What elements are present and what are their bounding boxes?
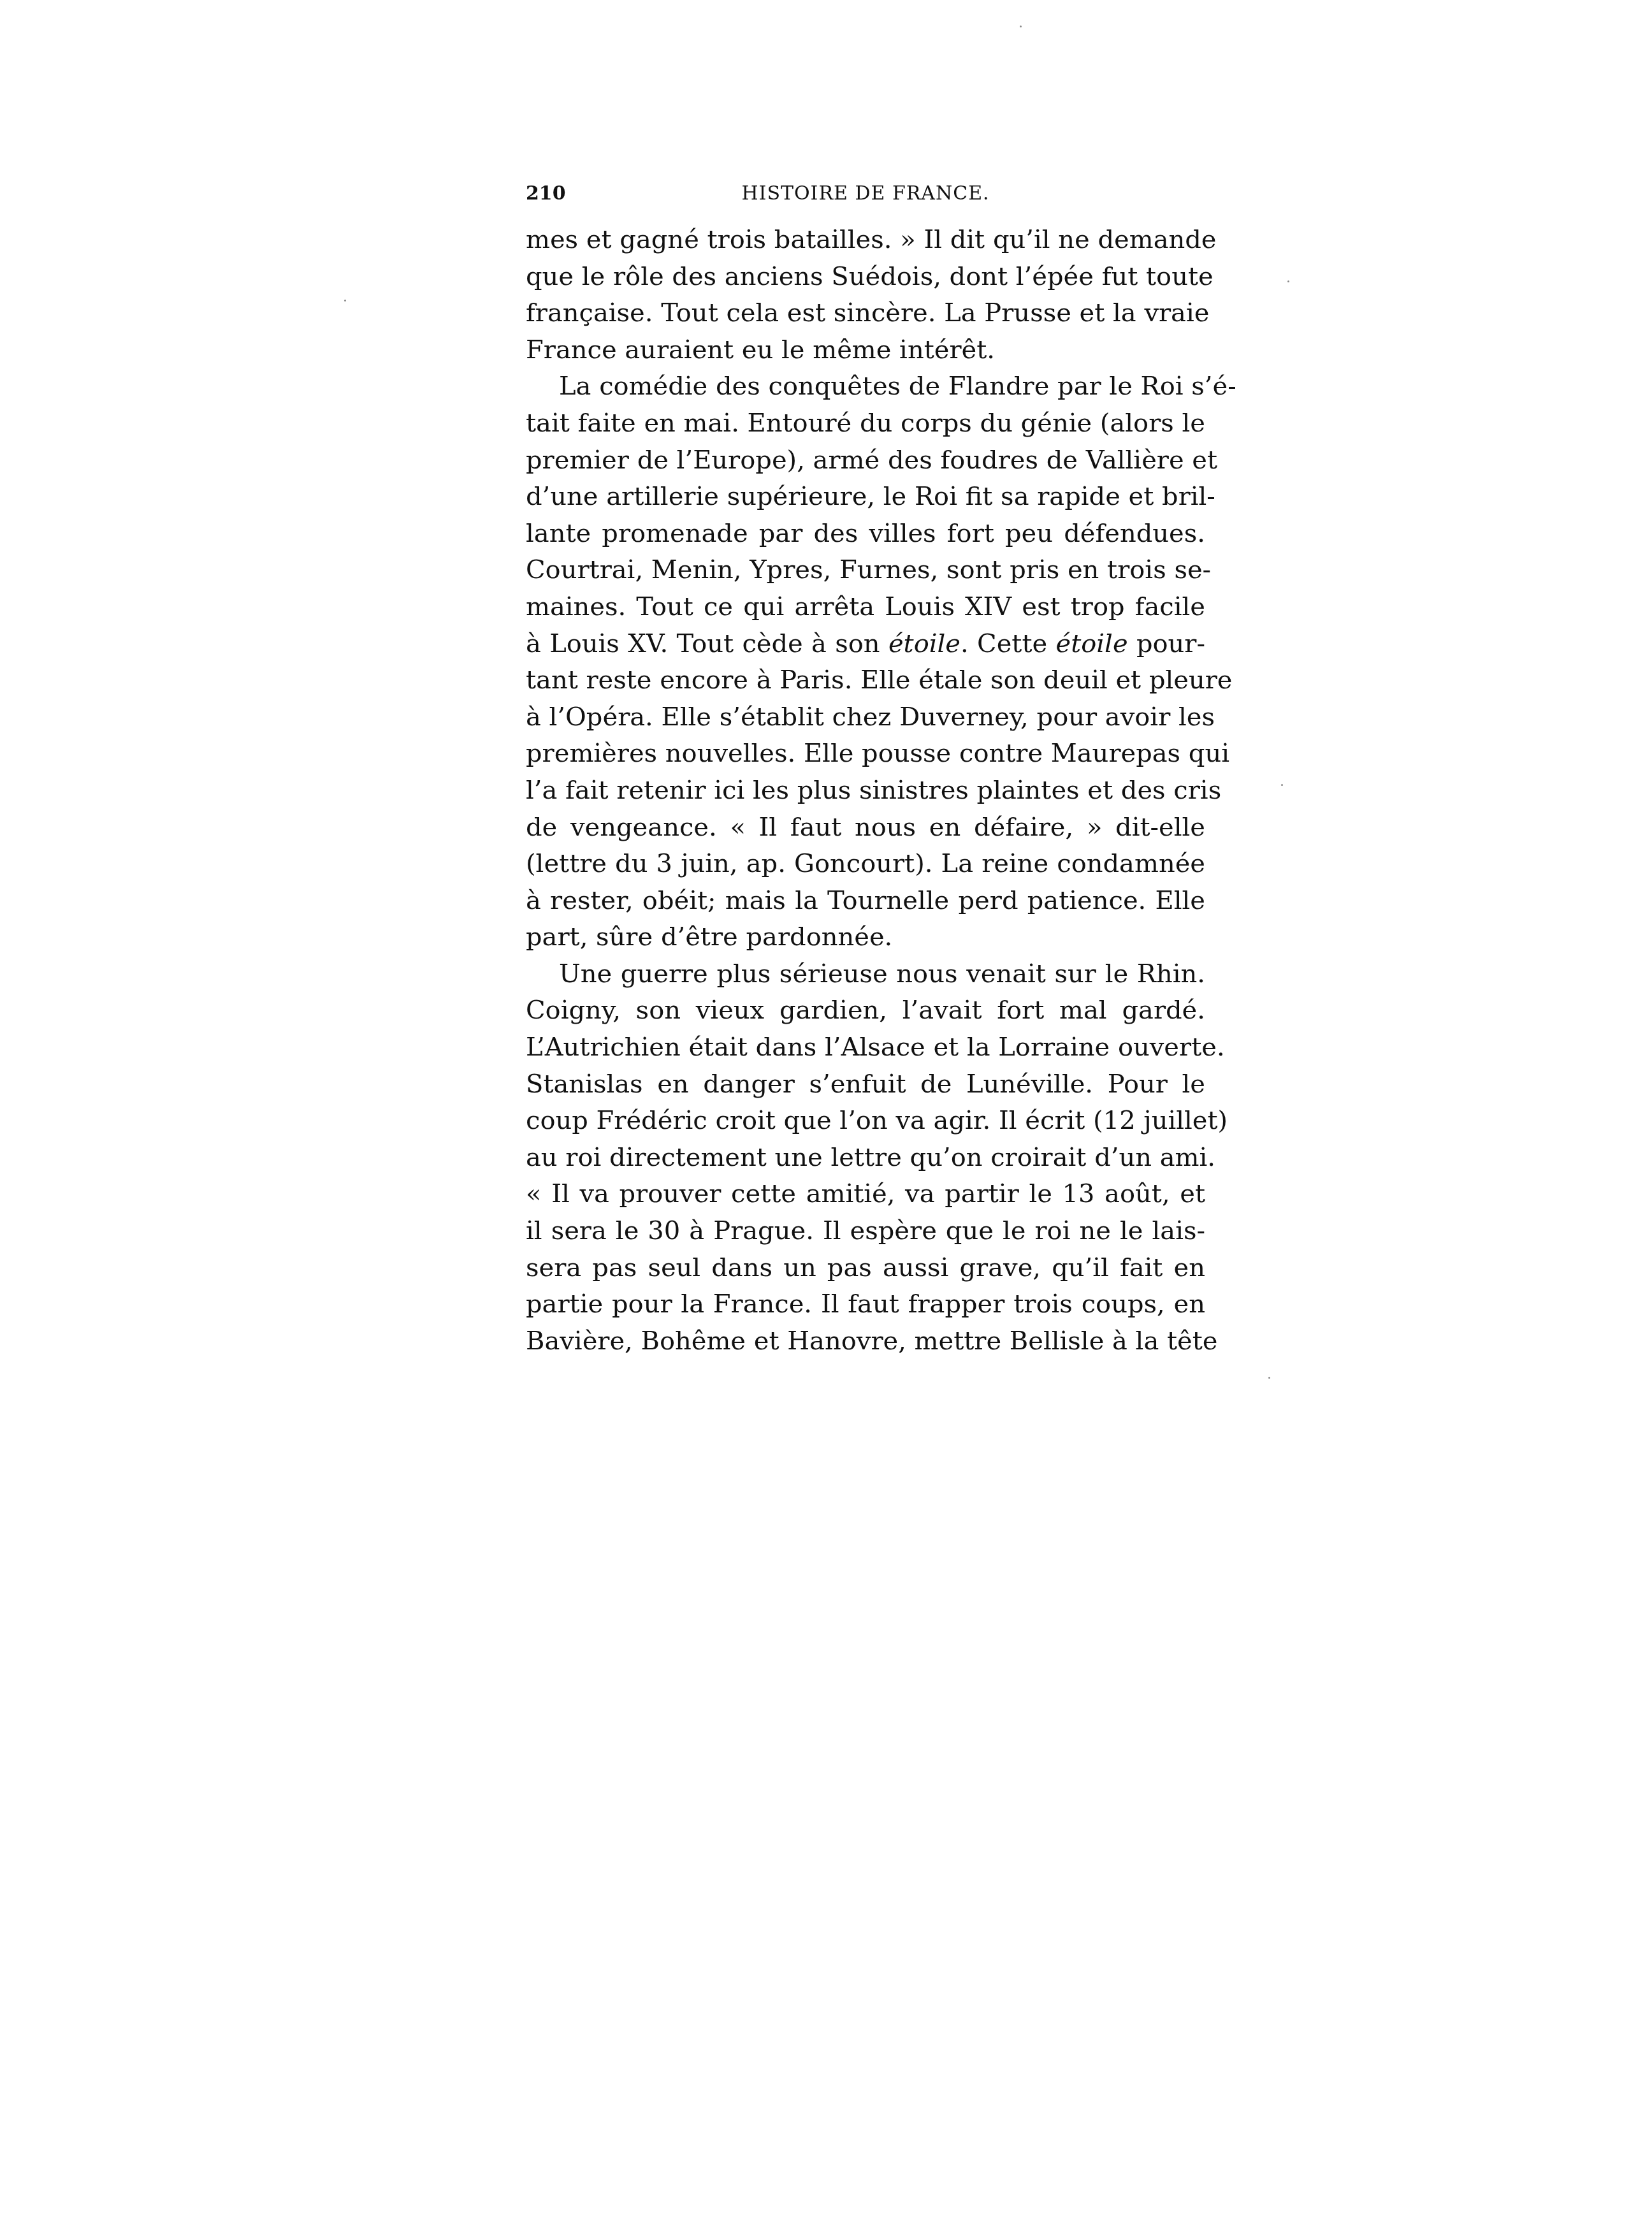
text-line: à l’Opéra. Elle s’établit chez Duverney,… — [526, 699, 1205, 736]
text-line: il sera le 30 à Prague. Il espère que le… — [526, 1213, 1205, 1250]
text-line: premières nouvelles. Elle pousse contre … — [526, 736, 1205, 773]
text-line: part, sûre d’être pardonnée. — [526, 919, 1205, 956]
text-line: à Louis XV. Tout cède à son étoile. Cett… — [526, 626, 1205, 663]
text-line: au roi directement une lettre qu’on croi… — [526, 1140, 1205, 1177]
text-line: lante promenade par des villes fort peu … — [526, 516, 1205, 553]
text-line: tant reste encore à Paris. Elle étale so… — [526, 662, 1205, 699]
text-line: tait faite en mai. Entouré du corps du g… — [526, 405, 1205, 442]
body-text: mes et gagné trois batailles. » Il dit q… — [526, 222, 1205, 1360]
book-page: 210 HISTOIRE DE FRANCE. mes et gagné tro… — [526, 177, 1205, 1360]
text-line: La comédie des conquêtes de Flandre par … — [526, 368, 1205, 405]
text-line: coup Frédéric croit que l’on va agir. Il… — [526, 1103, 1205, 1140]
text-line: (lettre du 3 juin, ap. Goncourt). La rei… — [526, 846, 1205, 883]
text-run: pour- — [1128, 629, 1205, 658]
text-run: . Cette — [960, 629, 1055, 658]
text-line: Coigny, son vieux gardien, l’avait fort … — [526, 992, 1205, 1029]
text-line: Bavière, Bohême et Hanovre, mettre Belli… — [526, 1323, 1205, 1360]
text-line: mes et gagné trois batailles. » Il dit q… — [526, 222, 1205, 259]
running-title: HISTOIRE DE FRANCE. — [526, 177, 1205, 210]
text-line: que le rôle des anciens Suédois, dont l’… — [526, 259, 1205, 296]
text-line: de vengeance. « Il faut nous en défaire,… — [526, 809, 1205, 846]
text-line: L’Autrichien était dans l’Alsace et la L… — [526, 1029, 1205, 1066]
scan-speck — [344, 300, 346, 301]
italic-word: étoile — [1055, 629, 1127, 658]
running-head: 210 HISTOIRE DE FRANCE. — [526, 177, 1205, 210]
text-line: française. Tout cela est sincère. La Pru… — [526, 295, 1205, 332]
scan-speck — [1020, 25, 1022, 27]
text-line: France auraient eu le même intérêt. — [526, 332, 1205, 369]
scan-speck — [1287, 280, 1289, 282]
text-line: l’a fait retenir ici les plus sinistres … — [526, 773, 1205, 809]
text-line: Courtrai, Menin, Ypres, Furnes, sont pri… — [526, 552, 1205, 589]
text-line: d’une artillerie supérieure, le Roi fit … — [526, 479, 1205, 516]
text-line: Une guerre plus sérieuse nous venait sur… — [526, 956, 1205, 993]
text-line: premier de l’Europe), armé des foudres d… — [526, 442, 1205, 479]
text-line: « Il va prouver cette amitié, va partir … — [526, 1176, 1205, 1213]
text-line: maines. Tout ce qui arrêta Louis XIV est… — [526, 589, 1205, 626]
italic-word: étoile — [888, 629, 960, 658]
scan-speck — [1281, 784, 1283, 786]
text-line: Stanislas en danger s’enfuit de Lunévill… — [526, 1066, 1205, 1103]
text-run: à Louis XV. Tout cède à son — [526, 629, 888, 658]
text-line: sera pas seul dans un pas aussi grave, q… — [526, 1250, 1205, 1287]
text-line: partie pour la France. Il faut frapper t… — [526, 1286, 1205, 1323]
text-line: à rester, obéit; mais la Tournelle perd … — [526, 883, 1205, 920]
scan-speck — [1268, 1377, 1270, 1379]
